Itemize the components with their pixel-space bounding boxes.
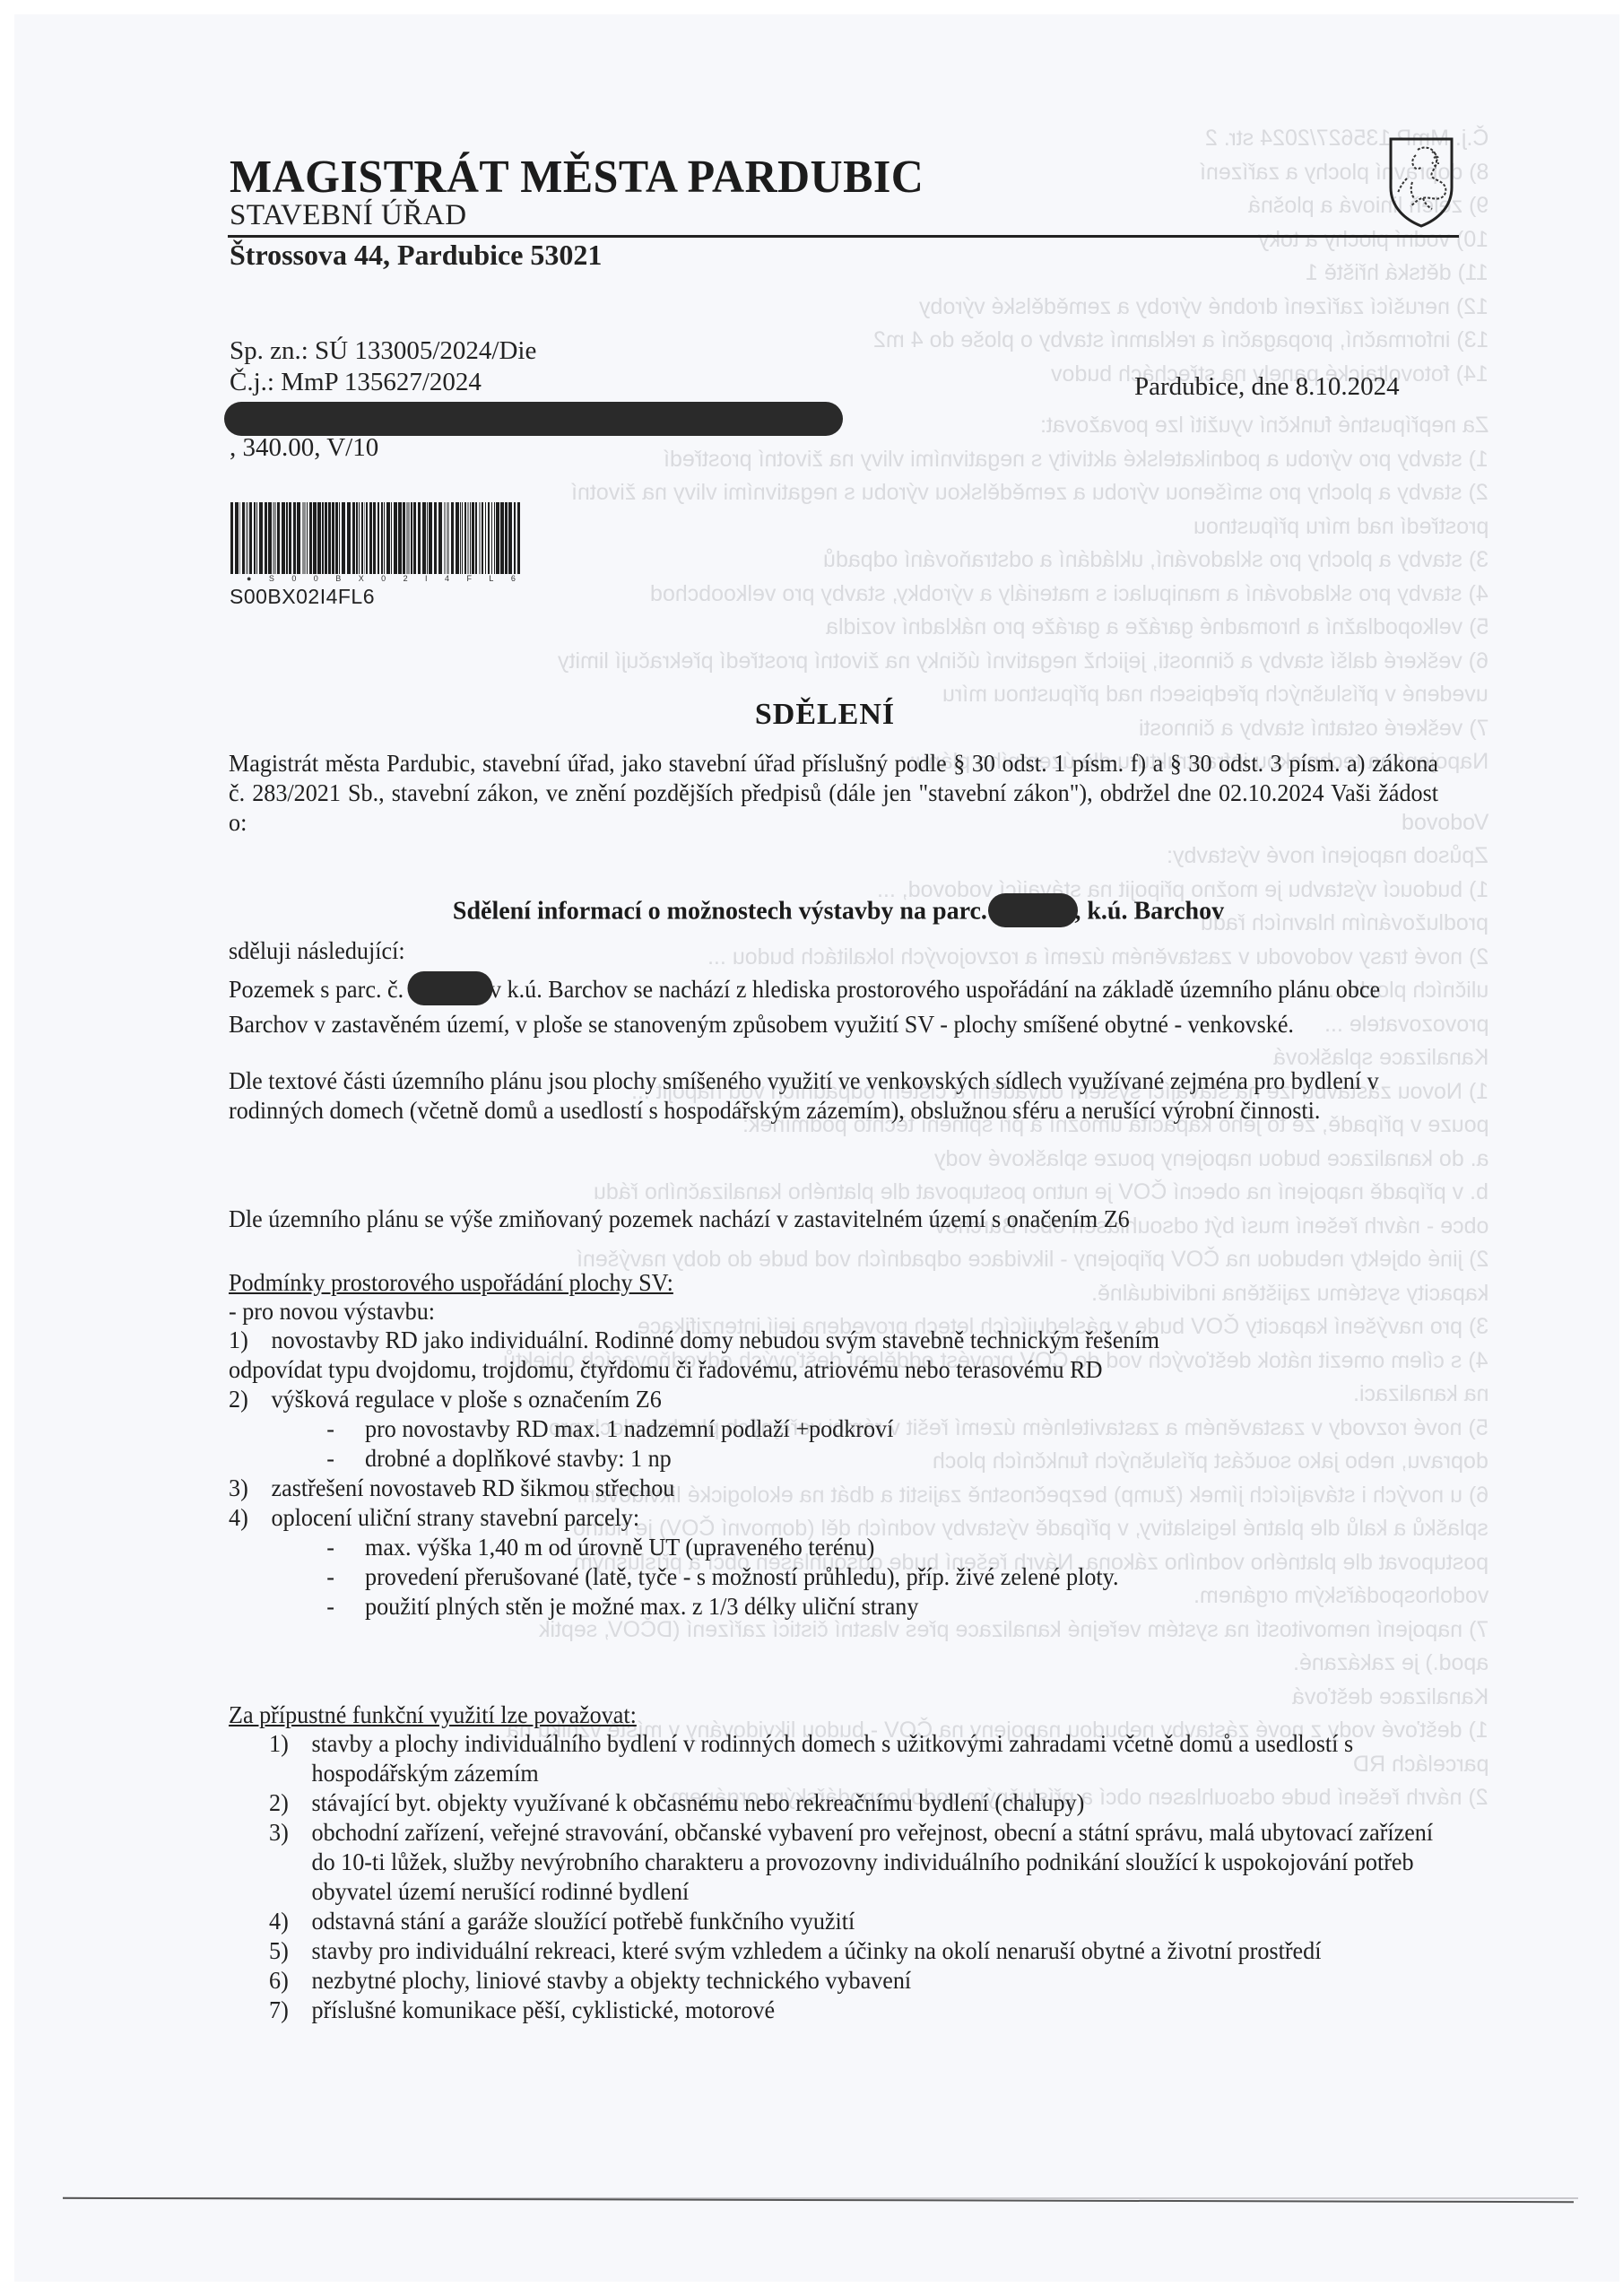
department-name: STAVEBNÍ ÚŘAD (230, 199, 467, 232)
p1-text-before: Pozemek s parc. č. (229, 975, 404, 1003)
spatial-condition-item: 2)výšková regulace v ploše s označením Z… (229, 1384, 1438, 1413)
barcode-bar (418, 502, 421, 574)
barcode-bar (475, 502, 477, 574)
spatial-conditions-subheading: - pro novou výstavbu: (229, 1296, 1438, 1326)
barcode-bar (470, 502, 471, 574)
barcode-human-readable-digits: ●S00BX02I4FL6 (247, 574, 516, 583)
barcode-bar (302, 502, 306, 574)
permitted-use-heading: Za přípustné funkční využití lze považov… (229, 1700, 1438, 1729)
item-text: oplocení uliční strany stavební parcely: (272, 1503, 640, 1531)
barcode-bar (369, 502, 372, 574)
item-text: příslušné komunikace pěší, cyklistické, … (312, 1995, 1445, 2024)
barcode-bar (297, 502, 300, 574)
barcode-bar (427, 502, 428, 574)
barcode-bar (230, 502, 233, 574)
barcode-bar (394, 502, 397, 574)
barcode-digit: L (489, 574, 493, 583)
barcode-bar (472, 502, 474, 574)
barcode-bar (282, 502, 285, 574)
barcode-bar (413, 502, 417, 574)
barcode-bar (265, 502, 267, 574)
barcode-digit: 0 (314, 574, 318, 583)
barcode-bar (286, 502, 288, 574)
barcode-bar (391, 502, 392, 574)
subject-text-before: Sdělení informací o možnostech výstavby … (453, 897, 1004, 925)
barcode-digit: I (425, 574, 428, 583)
barcode-bar (508, 502, 512, 574)
header-divider (228, 235, 1459, 238)
item-text: stávající byt. objekty využívané k občas… (312, 1787, 1445, 1817)
barcode-bar (451, 502, 454, 574)
subject-text-after: 1, k.ú. Barchov (1062, 897, 1224, 925)
permitted-use-item: 4)odstavná stání a garáže sloužící potře… (269, 1906, 1445, 1935)
spatial-conditions-heading: Podmínky prostorového uspořádání plochy … (229, 1267, 1438, 1297)
barcode-bar (491, 502, 492, 574)
barcode-bar (464, 502, 466, 574)
barcode-bar (235, 502, 239, 574)
file-number: Sp. zn.: SÚ 133005/2024/Die (230, 336, 536, 366)
office-address: Štrossova 44, Pardubice 53021 (230, 239, 602, 272)
item-text: zastřešení novostaveb RD šikmou střechou (272, 1474, 675, 1501)
spatial-condition-item: 4)oplocení uliční strany stavební parcel… (229, 1502, 1438, 1532)
barcode-bar (259, 502, 263, 574)
item-bullet: použití plných stěn je možné max. z 1/3 … (229, 1591, 1438, 1621)
item-number: 2) (229, 1384, 272, 1413)
land-use-description-paragraph: Dle textové části územního plánu jsou pl… (229, 1065, 1438, 1125)
barcode-digit: 0 (381, 574, 386, 583)
barcode-digit: B (335, 574, 341, 583)
barcode-bar (482, 502, 483, 574)
spatial-condition-item: 3)zastřešení novostaveb RD šikmou střech… (229, 1473, 1438, 1502)
barcode-bar (406, 502, 410, 574)
request-subject: Sdělení informací o možnostech výstavby … (0, 896, 1623, 930)
item-text: výšková regulace v ploše s označením Z6 (272, 1385, 662, 1413)
item-continuation: odpovídat typu dvojdomu, trojdomu, čtyřd… (229, 1354, 1438, 1384)
barcode-bar (242, 502, 245, 574)
barcode-bar (293, 502, 296, 574)
item-bullet: drobné a doplňkové stavby: 1 np (229, 1443, 1438, 1473)
barcode-bar (429, 502, 432, 574)
document-page: MAGISTRÁT MĚSTA PARDUBIC STAVEBNÍ ÚŘAD Š… (0, 0, 1623, 2296)
barcode-bar (332, 502, 335, 574)
organization-name: MAGISTRÁT MĚSTA PARDUBIC (230, 151, 924, 204)
barcode-bar (313, 502, 317, 574)
spatial-conditions-list: 1)novostavby RD jako individuální. Rodin… (229, 1325, 1438, 1621)
barcode-bar (256, 502, 257, 574)
barcode-bar (456, 502, 459, 574)
item-number: 1) (229, 1325, 272, 1354)
closing-phrase: sděluji následující: (229, 935, 1438, 965)
barcode-digit: S (269, 574, 274, 583)
barcode-bar (289, 502, 292, 574)
barcode-bar (366, 502, 368, 574)
barcode-bar (309, 502, 312, 574)
barcode-bar (488, 502, 490, 574)
barcode-bar (434, 502, 437, 574)
barcode-bar (307, 502, 308, 574)
item-text: nezbytné plochy, liniové stavby a objekt… (312, 1965, 1445, 1995)
item-number: 4) (269, 1906, 312, 1935)
barcode-bar (514, 502, 516, 574)
item-number: 5) (269, 1935, 312, 1965)
barcode-bar (517, 502, 520, 574)
development-area-paragraph: Dle územního plánu se výše zmiňovaný poz… (229, 1204, 1438, 1233)
item-number: 6) (269, 1965, 312, 1995)
item-text: odstavná stání a garáže sloužící potřebě… (312, 1906, 1445, 1935)
barcode-digit: 6 (511, 574, 516, 583)
intro-paragraph: Magistrát města Pardubic, stavební úřad,… (229, 748, 1438, 837)
redacted-recipient-bar (224, 402, 843, 436)
barcode-digit: 4 (445, 574, 449, 583)
barcode-bar (239, 502, 240, 574)
barcode-bar (462, 502, 463, 574)
item-number: 3) (229, 1473, 272, 1502)
redacted-parcel-number (988, 893, 1078, 927)
item-bullet: provedení přerušované (latě, tyče - s mo… (229, 1561, 1438, 1591)
barcode-bar (254, 502, 256, 574)
item-number: 3) (269, 1817, 312, 1906)
barcode-bar (411, 502, 412, 574)
permitted-use-list: 1)stavby a plochy individuálního bydlení… (269, 1728, 1445, 2024)
barcode-bar (273, 502, 276, 574)
barcode-bar (339, 502, 340, 574)
barcode-bar (447, 502, 449, 574)
barcode-bar (246, 502, 248, 574)
barcode-bar (496, 502, 499, 574)
item-text: obchodní zařízení, veřejné stravování, o… (312, 1817, 1445, 1906)
item-number: 1) (269, 1728, 312, 1787)
spatial-condition-item: 1)novostavby RD jako individuální. Rodin… (229, 1325, 1438, 1354)
barcode-bar (381, 502, 383, 574)
barcode-bar (364, 502, 365, 574)
barcode-bar (438, 502, 442, 574)
city-coat-of-arms-horse-icon (1387, 135, 1455, 229)
barcode-bar (505, 502, 508, 574)
barcode-bar (386, 502, 390, 574)
item-text: stavby pro individuální rekreaci, které … (312, 1935, 1445, 1965)
barcode-bar (460, 502, 462, 574)
filing-code: , 340.00, V/10 (230, 433, 378, 463)
barcode-id-text: S00BX02I4FL6 (230, 585, 375, 609)
barcode-bar (249, 502, 253, 574)
barcode-bar (322, 502, 324, 574)
reference-number: Č.j.: MmP 135627/2024 (230, 368, 482, 397)
item-text: novostavby RD jako individuální. Rodinné… (272, 1326, 1159, 1353)
permitted-use-item: 6) nezbytné plochy, liniové stavby a obj… (269, 1965, 1445, 1995)
barcode-bar (403, 502, 405, 574)
barcode-digit: ● (247, 574, 251, 583)
barcode-bar (361, 502, 363, 574)
barcode-digit: X (359, 574, 364, 583)
barcode-bar (384, 502, 385, 574)
barcode-bar (356, 502, 358, 574)
barcode-bar (467, 502, 469, 574)
document-title: SDĚLENÍ (0, 698, 1623, 732)
permitted-use-item: 5)stavby pro individuální rekreaci, kter… (269, 1935, 1445, 1965)
barcode-bar (398, 502, 402, 574)
barcode-bar (485, 502, 486, 574)
place-and-date: Pardubice, dne 8.10.2024 (1134, 372, 1400, 402)
barcode-bar (317, 502, 321, 574)
barcode-digit: 0 (291, 574, 296, 583)
barcode-digit: 2 (404, 574, 408, 583)
permitted-use-item: 2)stávající byt. objekty využívané k obč… (269, 1787, 1445, 1817)
item-bullet: pro novostavby RD max. 1 nadzemní podlaž… (229, 1413, 1438, 1443)
redacted-parcel-number (408, 971, 493, 1005)
barcode-bar (500, 502, 504, 574)
item-number: 7) (269, 1995, 312, 2024)
barcode-bar (352, 502, 355, 574)
item-text: stavby a plochy individuálního bydlení v… (312, 1728, 1445, 1787)
permitted-use-item: 1)stavby a plochy individuálního bydlení… (269, 1728, 1445, 1787)
barcode-bar (422, 502, 426, 574)
permitted-use-item: 3)obchodní zařízení, veřejné stravování,… (269, 1817, 1445, 1906)
barcode-bar (342, 502, 345, 574)
barcode-bar (325, 502, 327, 574)
barcode-bar (359, 502, 360, 574)
barcode-bar (277, 502, 280, 574)
barcode-bar (328, 502, 331, 574)
barcode-bar (373, 502, 377, 574)
barcode-bar (347, 502, 351, 574)
parcel-location-paragraph: Pozemek s parc. č. v k.ú. Barchov se nac… (229, 974, 1438, 1039)
item-number: 4) (229, 1502, 272, 1532)
permitted-use-item: 7)příslušné komunikace pěší, cyklistické… (269, 1995, 1445, 2024)
document-barcode (230, 502, 521, 574)
barcode-digit: F (466, 574, 472, 583)
barcode-bar (479, 502, 481, 574)
barcode-bar (444, 502, 446, 574)
barcode-bar (268, 502, 272, 574)
item-number: 2) (269, 1787, 312, 1817)
barcode-bar (335, 502, 338, 574)
item-bullet: max. výška 1,40 m od úrovně UT (upravené… (229, 1532, 1438, 1561)
barcode-bar (378, 502, 379, 574)
barcode-bar (494, 502, 495, 574)
